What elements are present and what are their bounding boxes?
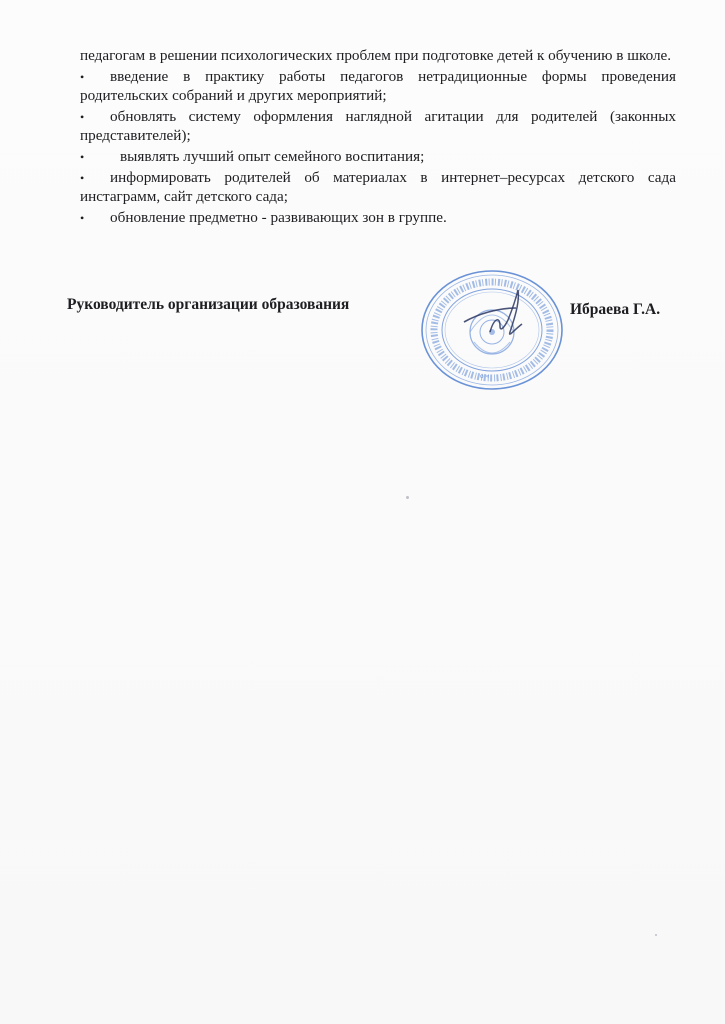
- bullet-text: выявлять лучший опыт семейного воспитани…: [120, 148, 424, 165]
- bullet-icon: •: [80, 169, 84, 187]
- svg-text:o «: o «: [480, 373, 490, 380]
- document-body: педагогам в решении психологических проб…: [80, 47, 676, 231]
- bullet-text: введение в практику работы педагогов нет…: [80, 68, 676, 103]
- bullet-item: •информировать родителей об материалах в…: [80, 169, 676, 206]
- bullet-item: •обновлять систему оформления наглядной …: [80, 108, 676, 145]
- signer-title: Руководитель организации образования: [67, 296, 349, 314]
- official-stamp-icon: o «: [418, 268, 566, 392]
- bullet-icon: •: [80, 148, 84, 166]
- bullet-item: •выявлять лучший опыт семейного воспитан…: [80, 148, 676, 166]
- scan-speck: [406, 496, 409, 499]
- bullet-text: информировать родителей об материалах в …: [80, 169, 676, 204]
- bullet-icon: •: [80, 108, 84, 126]
- scan-speck: [655, 934, 657, 936]
- intro-paragraph: педагогам в решении психологических проб…: [80, 47, 676, 65]
- document-page: педагогам в решении психологических проб…: [0, 0, 725, 1024]
- signer-name: Ибраева Г.А.: [570, 301, 660, 319]
- bullet-text: обновлять систему оформления наглядной а…: [80, 108, 676, 143]
- bullet-icon: •: [80, 68, 84, 86]
- signature-block: Руководитель организации образования Ибр…: [67, 296, 677, 326]
- bullet-text: обновление предметно - развивающих зон в…: [110, 209, 447, 226]
- bullet-icon: •: [80, 209, 84, 227]
- bullet-item: •введение в практику работы педагогов не…: [80, 68, 676, 105]
- bullet-item: •обновление предметно - развивающих зон …: [80, 209, 676, 227]
